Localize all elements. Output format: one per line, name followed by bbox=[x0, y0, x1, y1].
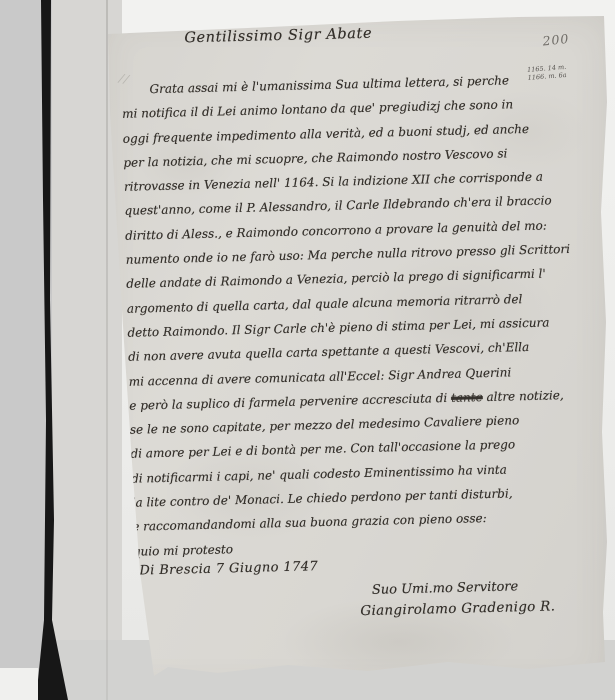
page-fold-line bbox=[106, 0, 108, 700]
signature-line: Giangirolamo Gradenigo R. bbox=[360, 598, 555, 619]
letter-body: Grata assai mi è l'umanissima Sua ultima… bbox=[121, 66, 611, 563]
folio-page-number: 200 bbox=[542, 31, 570, 48]
scanned-letter-page: Gentilissimo Sigr Abate 200 1165. 14 m. … bbox=[0, 0, 615, 700]
ink-layer: Gentilissimo Sigr Abate 200 1165. 14 m. … bbox=[90, 0, 615, 694]
corrected-line-post: altre notizie, bbox=[483, 388, 564, 404]
corrected-line-pre: e però la suplico di farmela pervenire a… bbox=[129, 391, 451, 413]
bottom-left-light-patch bbox=[0, 668, 38, 700]
letter-sheet: Gentilissimo Sigr Abate 200 1165. 14 m. … bbox=[98, 12, 612, 694]
valediction-line: Suo Umi.mo Servitore bbox=[372, 579, 519, 598]
place-and-date-line: Di Brescia 7 Giugno 1747 bbox=[139, 559, 318, 578]
struck-out-word: tante bbox=[451, 390, 483, 405]
